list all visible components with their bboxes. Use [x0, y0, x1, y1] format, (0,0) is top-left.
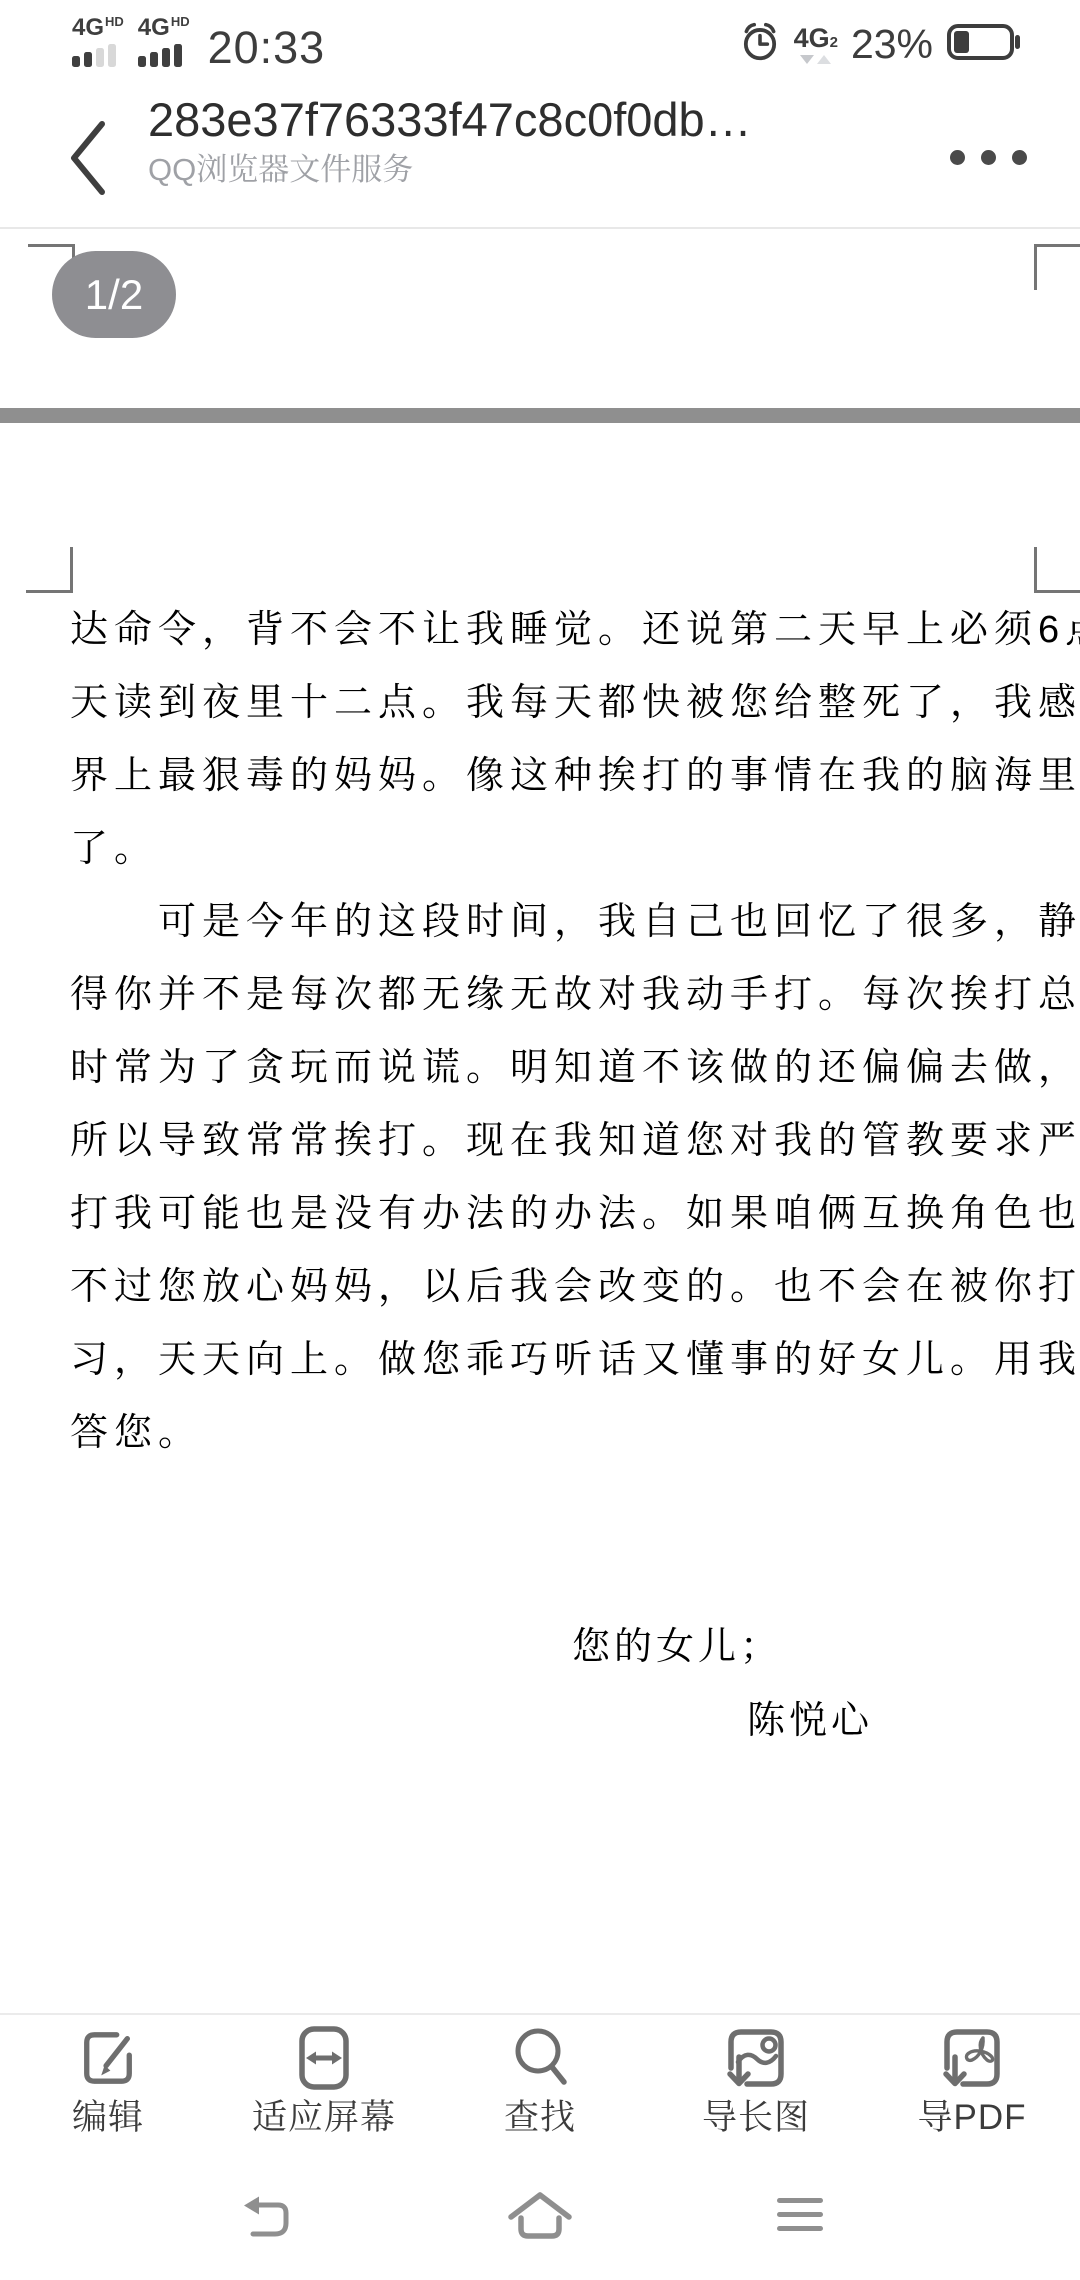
export-long-image-icon — [725, 2026, 787, 2090]
mobile-network-indicator: 4G2 — [794, 25, 838, 64]
network-label: 4G — [794, 23, 830, 53]
more-menu-button[interactable] — [950, 150, 1027, 165]
toolbar-divider — [0, 2013, 1080, 2015]
nav-home-button[interactable] — [503, 2190, 577, 2245]
fit-screen-label: 适应屏幕 — [252, 2100, 396, 2135]
signal-bars-icon: 4G HD — [72, 16, 124, 67]
document-text-line: 界上最狠毒的妈妈。像这种挨打的事情在我的脑海里真的事太多太多 — [70, 755, 1030, 799]
search-icon — [511, 2026, 569, 2090]
document-text-line: 所以导致常常挨打。现在我知道您对我的管教要求严格是为了我好。 — [70, 1120, 1030, 1164]
status-bar-left: 4G HD 4G HD 20:33 — [72, 16, 325, 70]
fit-screen-button[interactable]: 适应屏幕 — [216, 2026, 432, 2135]
document-text-line: 天读到夜里十二点。我每天都快被您给整死了，我感觉你就是这个世 — [70, 682, 1030, 726]
hd-badge: HD — [105, 15, 124, 28]
battery-icon — [946, 21, 1022, 68]
document-text-line: 打我可能也是没有办法的办法。如果咱俩互换角色也许我也会这样。 — [70, 1193, 1030, 1237]
clock-time: 20:33 — [208, 25, 326, 70]
alarm-clock-icon — [739, 21, 781, 68]
more-dots-icon — [950, 150, 965, 165]
back-button[interactable] — [68, 120, 108, 201]
signature-name-line: 陈悦心 — [747, 1700, 873, 1744]
network-type-label: 4G — [138, 16, 170, 40]
signature-role-line: 您的女儿； — [572, 1626, 782, 1670]
document-text-line: 达命令，背不会不让我睡觉。还说第二天早上必须6点起床。害得我那 — [70, 609, 1030, 653]
file-title: 283e37f76333f47c8c0f0db… — [148, 92, 752, 148]
document-text-line: 答您。 — [70, 1412, 1030, 1456]
document-text-line: 不过您放心妈妈，以后我会改变的。也不会在被你打。我一定好好学 — [70, 1266, 1030, 1310]
network-sub-label: 2 — [830, 34, 838, 51]
edit-button[interactable]: 编辑 — [0, 2026, 216, 2135]
page-corner-mark-top-left — [26, 547, 73, 593]
network-type-label: 4G — [72, 16, 104, 40]
find-label: 查找 — [504, 2100, 576, 2135]
document-text-line: 可是今年的这段时间，我自己也回忆了很多，静下心来想想。觉 — [70, 901, 1080, 945]
fit-screen-icon — [297, 2026, 351, 2090]
document-text-line: 了。 — [70, 828, 1030, 872]
find-button[interactable]: 查找 — [432, 2026, 648, 2135]
edit-icon — [79, 2026, 137, 2090]
menu-icon — [777, 2198, 823, 2203]
file-source-subtitle: QQ浏览器文件服务 — [148, 152, 752, 188]
signal-bars-icon: 4G HD — [138, 16, 190, 67]
updown-arrows-icon — [800, 55, 831, 64]
screen: 4G HD 4G HD 20:33 — [0, 0, 1080, 2280]
hd-badge: HD — [171, 15, 190, 28]
status-bar-right: 4G2 23% — [739, 18, 1022, 70]
document-text-line: 时常为了贪玩而说谎。明知道不该做的还偏偏去做，该做的没有做。 — [70, 1047, 1030, 1091]
document-text-line: 得你并不是每次都无缘无故对我动手打。每次挨打总是我错在先得。 — [70, 974, 1030, 1018]
page-corner-mark-top-right — [1034, 547, 1080, 593]
page-break-separator — [0, 408, 1080, 423]
nav-back-button[interactable] — [241, 2192, 297, 2245]
page-corner-mark-bottom-right — [1034, 244, 1080, 290]
page-number-label: 1/2 — [85, 271, 143, 319]
page-number-badge: 1/2 — [52, 251, 176, 338]
edit-label: 编辑 — [72, 2100, 144, 2135]
header-divider — [0, 227, 1080, 229]
header-title-block: 283e37f76333f47c8c0f0db… QQ浏览器文件服务 — [148, 92, 752, 188]
battery-percent-label: 23% — [851, 24, 933, 65]
export-pdf-icon — [941, 2026, 1003, 2090]
export-pdf-label: 导PDF — [917, 2100, 1026, 2135]
nav-menu-button[interactable] — [777, 2198, 823, 2231]
export-long-image-label: 导长图 — [702, 2100, 810, 2135]
export-pdf-button[interactable]: 导PDF — [864, 2026, 1080, 2135]
export-long-image-button[interactable]: 导长图 — [648, 2026, 864, 2135]
document-text-line: 习，天天向上。做您乖巧听话又懂事的好女儿。用我优异的成绩来报 — [70, 1339, 1030, 1383]
